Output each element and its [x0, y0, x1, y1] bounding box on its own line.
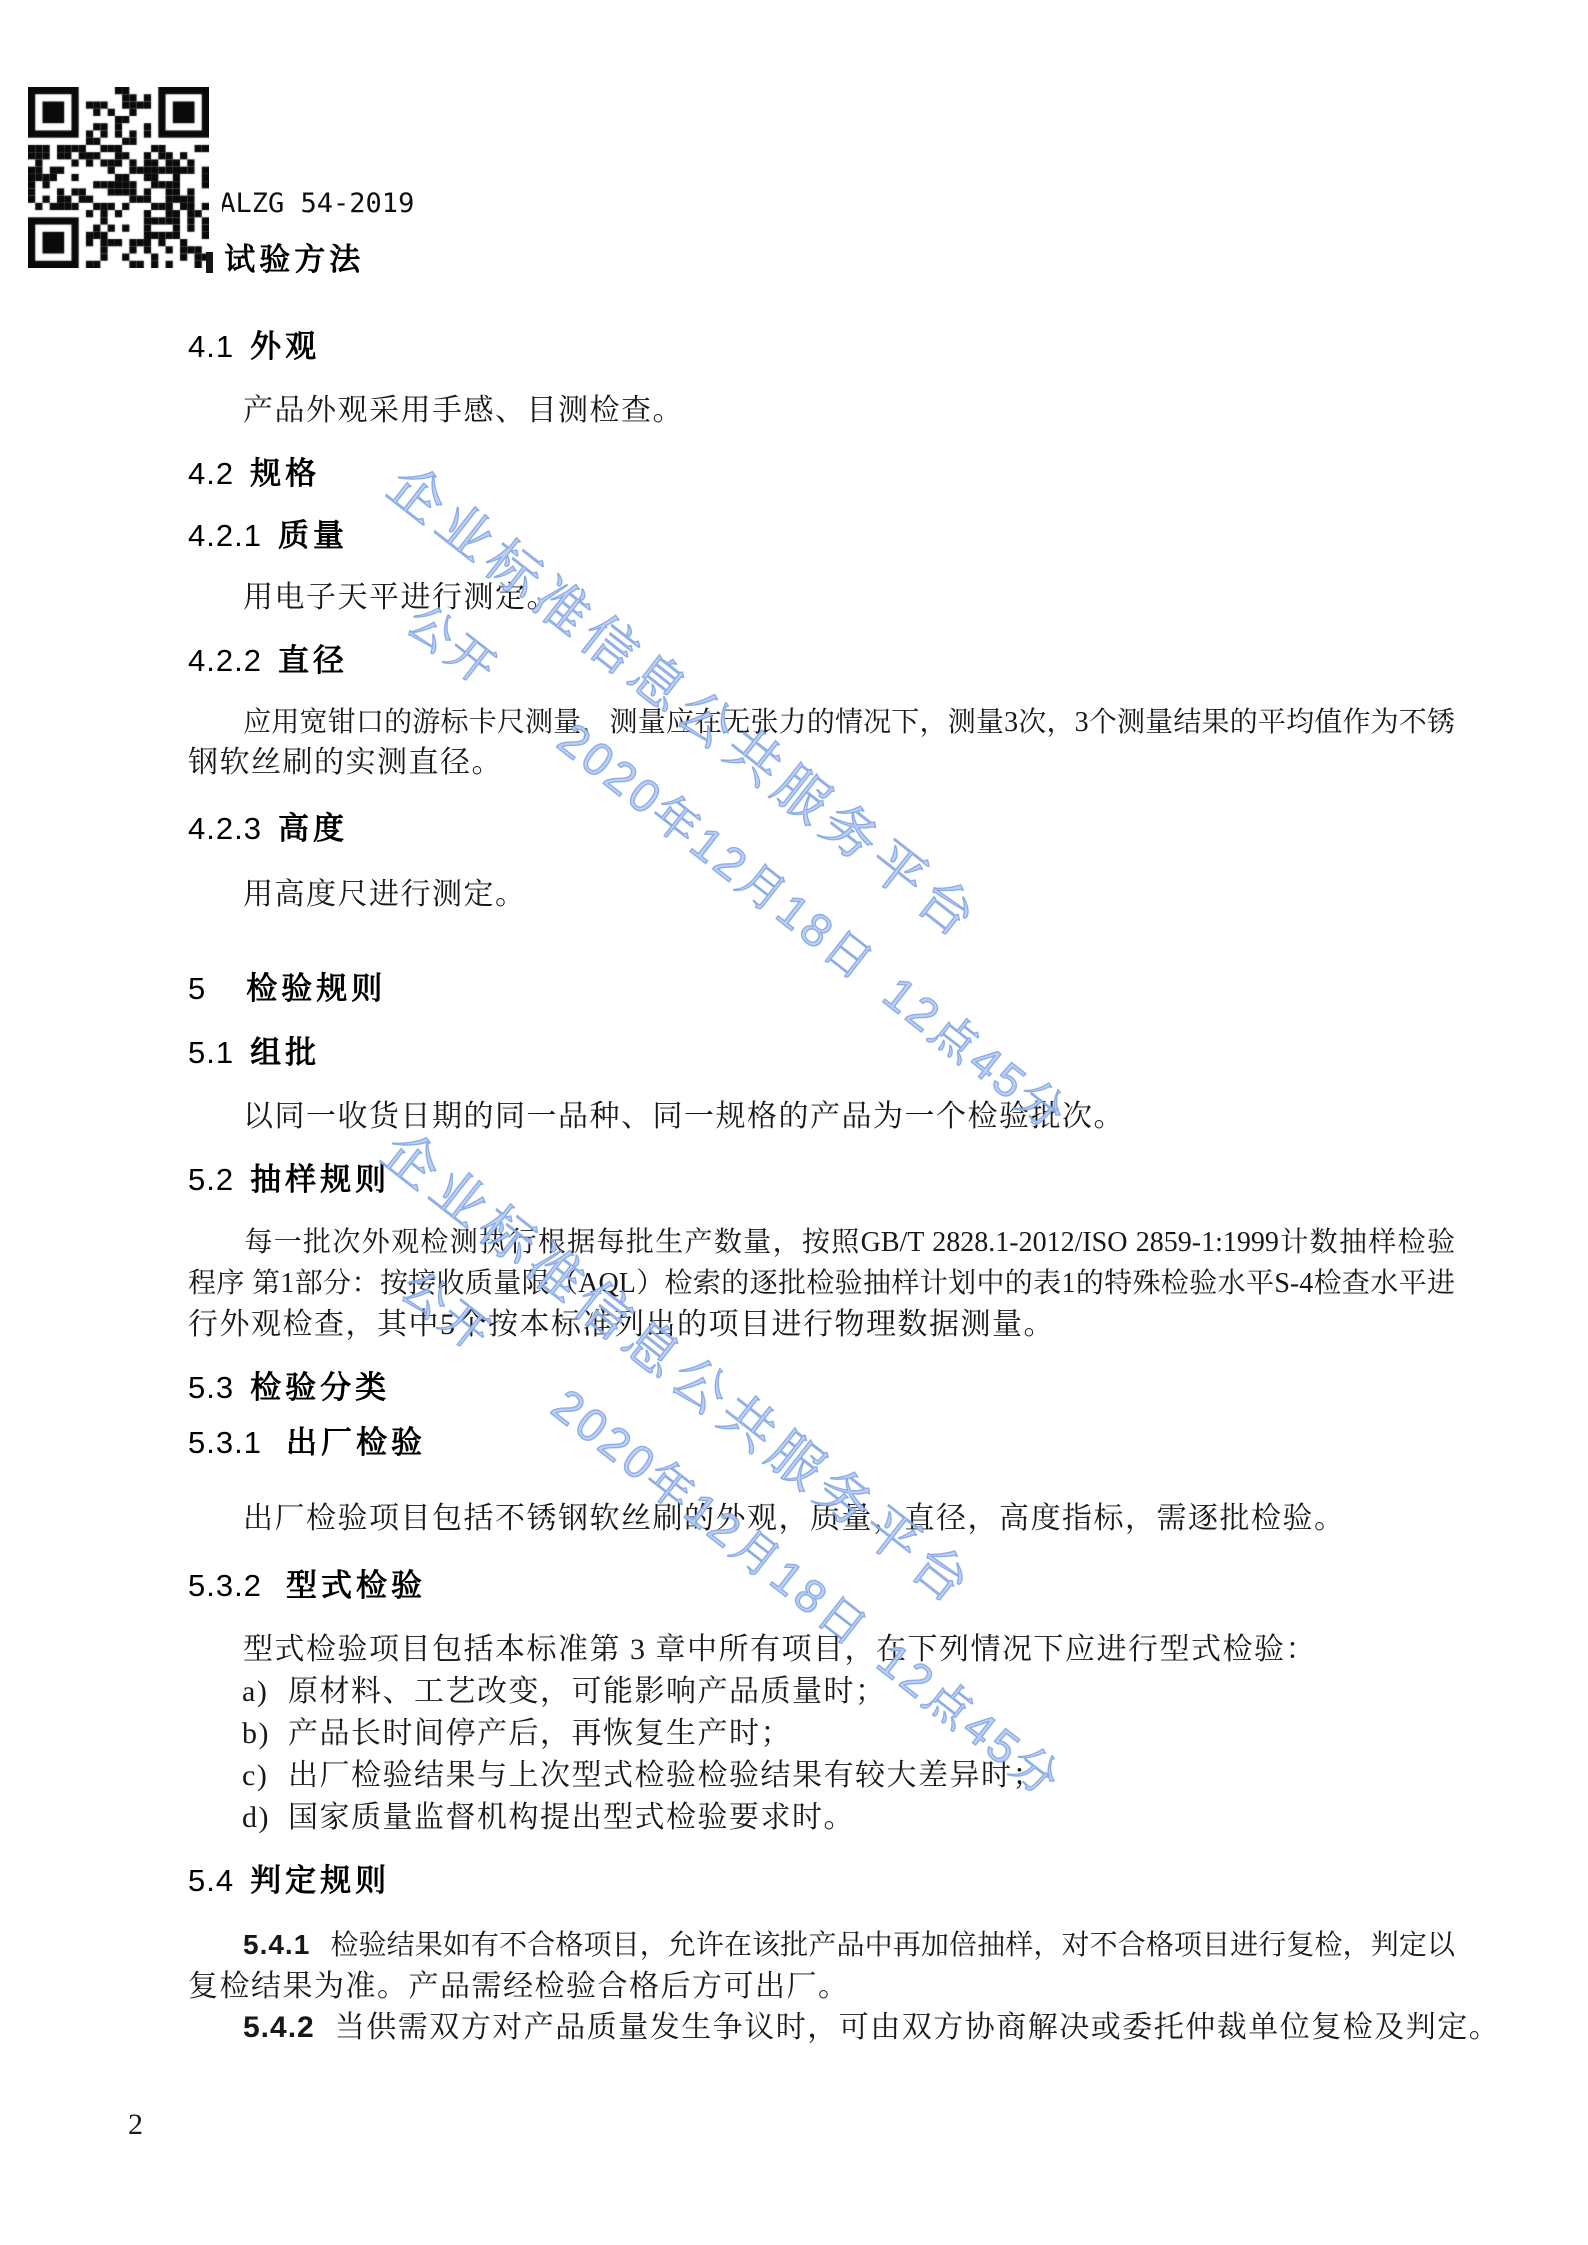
page-number: 2 [128, 2106, 145, 2144]
qr-code [10, 68, 222, 280]
section-5-3-1-heading: 5.3.1 出厂检验 [188, 1426, 426, 1460]
section-4-2-heading: 4.2 规格 [188, 457, 320, 491]
watermark-stamp-line: 公开2020年12月18日12点45分 [319, 532, 1079, 1143]
chapter-5-heading: 5 检验规则 [188, 972, 386, 1006]
section-5-2-heading: 5.2 抽样规则 [188, 1163, 390, 1197]
list-item-a: a) 原材料、工艺改变，可能影响产品质量时； [242, 1673, 887, 1711]
paragraph-5-3-1: 出厂检验项目包括不锈钢软丝刷的外观，质量，直径，高度指标，需逐批检验。 [243, 1500, 1346, 1538]
list-item-c: c) 出厂检验结果与上次型式检验检验结果有较大差异时； [242, 1757, 1044, 1795]
paragraph-5-4-1-line1: 5.4.1检验结果如有不合格项目，允许在该批产品中再加倍抽样，对不合格项目进行复… [243, 1926, 1455, 1972]
paragraph-4-1: 产品外观采用手感、目测检查。 [243, 392, 684, 430]
paragraph-5-2-line1: 每一批次外观检测执行根据每批生产数量，按照GB/T 2828.1-2012/IS… [188, 1224, 1455, 1270]
section-5-1-heading: 5.1 组批 [188, 1036, 320, 1070]
paragraph-5-1: 以同一收货日期的同一品种、同一规格的产品为一个检验批次。 [243, 1098, 1125, 1136]
watermark-date: 2020年12月18日 [548, 712, 885, 991]
watermark-upper: 企业标准信息公共服务平台 公开2020年12月18日12点45分 [319, 452, 1142, 1144]
section-4-1-heading: 4.1 外观 [188, 330, 320, 364]
section-5-3-2-heading: 5.3.2 型式检验 [188, 1569, 426, 1603]
list-item-d: d) 国家质量监督机构提出型式检验要求时。 [242, 1799, 855, 1837]
section-4-2-1-heading: 4.2.1 质量 [188, 519, 348, 553]
paragraph-5-2-line2: 程序 第1部分：按接收质量限（AQL）检索的逐批检验抽样计划中的表1的特殊检验水… [188, 1265, 1455, 1311]
section-5-3-heading: 5.3 检验分类 [188, 1371, 390, 1405]
doc-code: /ALZG 54-2019 [203, 188, 414, 219]
paragraph-4-2-1: 用电子天平进行测定。 [243, 579, 558, 617]
list-item-b: b) 产品长时间停产后，再恢复生产时； [242, 1715, 792, 1753]
paragraph-4-2-2-line2: 钢软丝刷的实测直径。 [188, 744, 503, 782]
paragraph-5-4-1-line2: 复检结果为准。产品需经检验合格后方可出厂。 [188, 1968, 850, 2006]
section-4-2-3-heading: 4.2.3 高度 [188, 812, 348, 846]
section-5-4-heading: 5.4 判定规则 [188, 1864, 390, 1898]
document-page: 企业标准信息公共服务平台 公开2020年12月18日12点45分 企业标准信息公… [0, 0, 1588, 2245]
paragraph-5-2-line3: 行外观检查，其中5个按本标准列出的项目进行物理数据测量。 [188, 1306, 1055, 1344]
section-4-2-2-heading: 4.2.2 直径 [188, 644, 348, 678]
paragraph-5-3-2: 型式检验项目包括本标准第 3 章中所有项目，在下列情况下应进行型式检验： [243, 1631, 1317, 1669]
chapter-4-title: 试验方法 [224, 243, 364, 277]
paragraph-4-2-3: 用高度尺进行测定。 [243, 876, 527, 914]
covered-digit-remnant [206, 252, 213, 273]
paragraph-5-4-2: 5.4.2当供需双方对产品质量发生争议时，可由双方协商解决或委托仲裁单位复检及判… [243, 2009, 1500, 2047]
